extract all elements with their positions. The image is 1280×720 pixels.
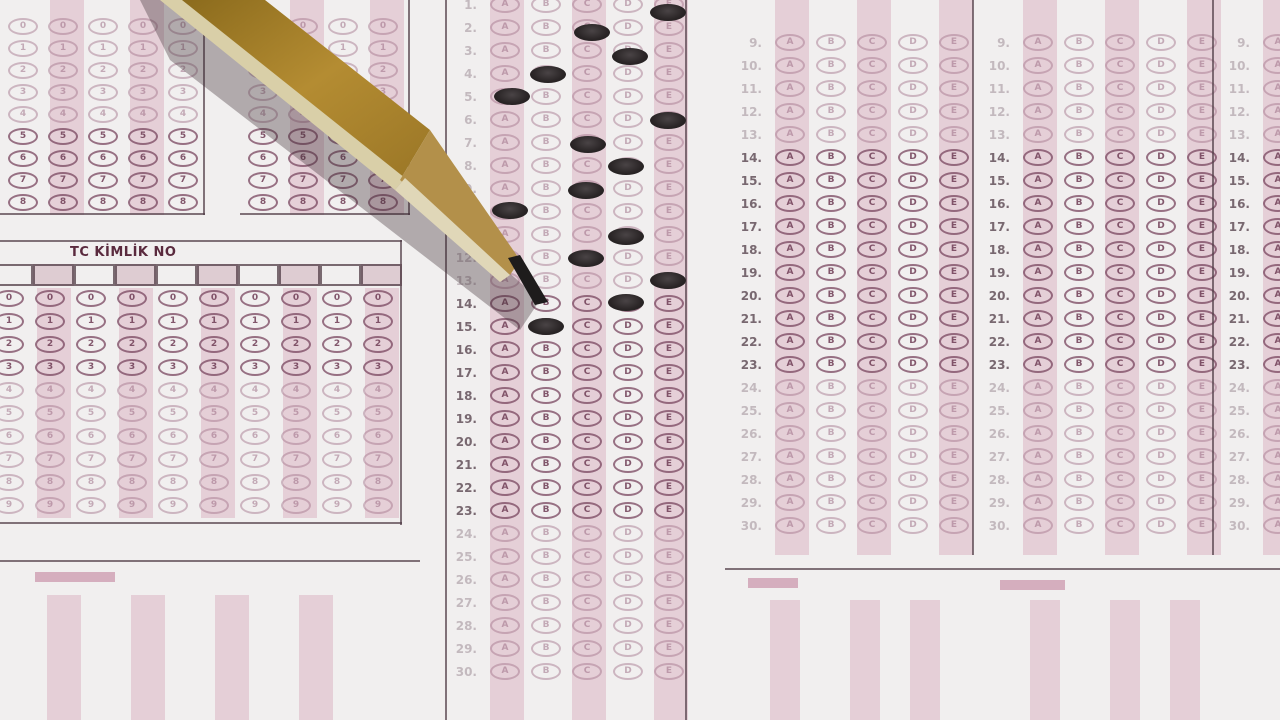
question-number: 24.	[1220, 381, 1250, 395]
question-number: 21.	[732, 312, 762, 326]
answer-bubble: 4	[35, 382, 65, 399]
answer-bubble: 1	[128, 40, 158, 57]
answer-bubble: 6	[328, 150, 358, 167]
answer-bubble: E	[939, 126, 969, 143]
answer-bubble: A	[490, 111, 520, 128]
question-number: 19.	[732, 266, 762, 280]
answer-bubble: 4	[88, 106, 118, 123]
answer-bubble: A	[775, 425, 805, 442]
answer-bubble: D	[1146, 172, 1176, 189]
question-number: 22.	[732, 335, 762, 349]
answer-bubble: C	[1105, 333, 1135, 350]
answer-bubble: B	[531, 663, 561, 680]
filled-answer-mark	[608, 228, 644, 245]
question-number: 7.	[447, 136, 477, 150]
answer-bubble: 7	[168, 172, 198, 189]
answer-bubble: A	[490, 617, 520, 634]
answer-bubble: C	[572, 456, 602, 473]
filled-answer-mark	[650, 4, 686, 21]
question-number: 25.	[732, 404, 762, 418]
answer-bubble: 6	[288, 150, 318, 167]
answer-bubble: A	[775, 172, 805, 189]
question-number: 11.	[732, 82, 762, 96]
answer-bubble: C	[857, 172, 887, 189]
answer-bubble: 2	[76, 336, 106, 353]
answer-bubble: 1	[117, 313, 147, 330]
answer-bubble: B	[531, 272, 561, 289]
answer-bubble: 2	[35, 336, 65, 353]
question-number: 29.	[1220, 496, 1250, 510]
answer-bubble: 3	[35, 359, 65, 376]
answer-bubble: E	[939, 218, 969, 235]
answer-bubble: B	[816, 34, 846, 51]
answer-bubble: A	[775, 517, 805, 534]
answer-bubble: C	[857, 471, 887, 488]
answer-bubble: C	[857, 80, 887, 97]
ink-stripe	[1170, 600, 1200, 720]
answer-bubble: B	[1064, 34, 1094, 51]
answer-bubble: C	[572, 65, 602, 82]
grid-line	[240, 213, 410, 215]
answer-bubble: 5	[0, 405, 24, 422]
answer-bubble: 7	[8, 172, 38, 189]
answer-bubble: 3	[199, 359, 229, 376]
answer-bubble: C	[572, 42, 602, 59]
answer-bubble: E	[654, 640, 684, 657]
question-number: 26.	[980, 427, 1010, 441]
ink-stripe	[654, 0, 688, 720]
answer-bubble: C	[857, 103, 887, 120]
answer-bubble: C	[857, 402, 887, 419]
id-block-title: TC KİMLİK NO	[70, 245, 176, 260]
answer-bubble: C	[572, 203, 602, 220]
answer-bubble: 3	[288, 84, 318, 101]
answer-bubble: D	[1146, 149, 1176, 166]
answer-bubble: E	[654, 318, 684, 335]
answer-bubble: 3	[281, 359, 311, 376]
answer-bubble: D	[898, 218, 928, 235]
answer-bubble: A	[490, 387, 520, 404]
answer-bubble: B	[531, 295, 561, 312]
answer-bubble: B	[1064, 149, 1094, 166]
answer-bubble: 9	[158, 497, 188, 514]
answer-bubble: 0	[240, 290, 270, 307]
answer-bubble: 1	[328, 40, 358, 57]
question-number: 21.	[980, 312, 1010, 326]
answer-bubble: E	[654, 525, 684, 542]
answer-bubble: E	[654, 617, 684, 634]
answer-bubble: C	[1105, 264, 1135, 281]
answer-bubble: 7	[117, 451, 147, 468]
answer-bubble: 0	[35, 290, 65, 307]
answer-bubble: A	[775, 241, 805, 258]
answer-bubble: E	[939, 34, 969, 51]
answer-bubble: B	[531, 0, 561, 13]
filled-answer-mark	[650, 112, 686, 129]
answer-bubble: D	[898, 517, 928, 534]
answer-bubble: D	[1146, 241, 1176, 258]
answer-bubble: B	[1064, 80, 1094, 97]
answer-bubble: 6	[158, 428, 188, 445]
answer-bubble: 7	[199, 451, 229, 468]
answer-bubble: D	[613, 663, 643, 680]
question-number: 28.	[447, 619, 477, 633]
grid-line	[0, 213, 205, 215]
answer-bubble: A	[490, 571, 520, 588]
answer-bubble: D	[1146, 287, 1176, 304]
answer-bubble: A	[1023, 218, 1053, 235]
answer-bubble: E	[654, 134, 684, 151]
answer-bubble: A	[490, 65, 520, 82]
question-number: 12.	[1220, 105, 1250, 119]
answer-bubble: D	[613, 134, 643, 151]
answer-bubble: B	[531, 203, 561, 220]
question-number: 15.	[1220, 174, 1250, 188]
answer-bubble: D	[1146, 80, 1176, 97]
answer-bubble: 2	[128, 62, 158, 79]
ink-stripe	[215, 595, 249, 720]
answer-bubble: C	[572, 502, 602, 519]
answer-bubble: 5	[48, 128, 78, 145]
question-number: 17.	[980, 220, 1010, 234]
answer-bubble: E	[939, 195, 969, 212]
answer-bubble: 5	[328, 128, 358, 145]
answer-bubble: B	[531, 525, 561, 542]
answer-bubble: B	[531, 571, 561, 588]
answer-bubble: E	[939, 172, 969, 189]
question-number: 13.	[980, 128, 1010, 142]
answer-bubble: B	[531, 364, 561, 381]
answer-bubble: D	[1146, 103, 1176, 120]
ink-stripe	[299, 595, 333, 720]
answer-bubble: D	[613, 387, 643, 404]
answer-bubble: A	[775, 126, 805, 143]
answer-bubble: A	[490, 433, 520, 450]
answer-bubble: C	[572, 226, 602, 243]
question-number: 15.	[732, 174, 762, 188]
question-number: 30.	[732, 519, 762, 533]
question-number: 18.	[980, 243, 1010, 257]
grid-line	[972, 0, 974, 555]
question-number: 10.	[980, 59, 1010, 73]
answer-bubble: B	[816, 356, 846, 373]
answer-bubble: B	[816, 57, 846, 74]
answer-bubble: 8	[8, 194, 38, 211]
section-title	[748, 578, 798, 588]
answer-bubble: 8	[0, 474, 24, 491]
answer-bubble: A	[1023, 402, 1053, 419]
answer-bubble: 8	[76, 474, 106, 491]
answer-bubble: A	[490, 663, 520, 680]
answer-bubble: 3	[8, 84, 38, 101]
answer-bubble: A	[775, 57, 805, 74]
answer-bubble: D	[613, 0, 643, 13]
answer-bubble: 1	[76, 313, 106, 330]
answer-bubble: D	[1146, 34, 1176, 51]
id-digit-box	[33, 264, 74, 286]
answer-bubble: B	[816, 402, 846, 419]
answer-bubble: A	[1023, 379, 1053, 396]
answer-bubble: 3	[328, 84, 358, 101]
answer-bubble: 8	[288, 194, 318, 211]
answer-bubble: 3	[48, 84, 78, 101]
answer-bubble: E	[654, 571, 684, 588]
answer-bubble: C	[857, 264, 887, 281]
answer-bubble: 7	[248, 172, 278, 189]
question-number: 27.	[1220, 450, 1250, 464]
answer-bubble: 5	[8, 128, 38, 145]
answer-bubble: 5	[35, 405, 65, 422]
answer-bubble: 8	[35, 474, 65, 491]
answer-bubble: D	[613, 65, 643, 82]
answer-bubble: 1	[281, 313, 311, 330]
question-number: 17.	[732, 220, 762, 234]
answer-bubble: A	[775, 333, 805, 350]
question-number: 20.	[732, 289, 762, 303]
answer-bubble: 4	[199, 382, 229, 399]
answer-bubble: D	[1146, 517, 1176, 534]
answer-bubble: B	[816, 471, 846, 488]
question-number: 11.	[980, 82, 1010, 96]
answer-bubble: B	[1064, 379, 1094, 396]
answer-bubble: E	[939, 264, 969, 281]
answer-bubble: 9	[35, 497, 65, 514]
answer-bubble: B	[531, 111, 561, 128]
answer-bubble: 0	[158, 290, 188, 307]
answer-bubble: 4	[363, 382, 393, 399]
answer-bubble: 5	[248, 128, 278, 145]
answer-bubble: C	[572, 525, 602, 542]
answer-bubble: E	[654, 341, 684, 358]
question-number: 20.	[980, 289, 1010, 303]
answer-bubble: E	[654, 548, 684, 565]
answer-bubble: 9	[240, 497, 270, 514]
answer-bubble: 0	[281, 290, 311, 307]
answer-bubble: B	[1064, 425, 1094, 442]
answer-bubble: A	[1023, 103, 1053, 120]
answer-bubble: 8	[281, 474, 311, 491]
question-number: 10.	[732, 59, 762, 73]
answer-bubble: C	[857, 356, 887, 373]
answer-bubble: 9	[76, 497, 106, 514]
answer-bubble: C	[1105, 379, 1135, 396]
filled-answer-mark	[570, 136, 606, 153]
section-title	[35, 572, 115, 582]
answer-bubble: D	[1146, 494, 1176, 511]
filled-answer-mark	[608, 158, 644, 175]
answer-bubble: C	[857, 195, 887, 212]
question-number: 30.	[980, 519, 1010, 533]
answer-bubble: B	[531, 42, 561, 59]
answer-bubble: 4	[288, 106, 318, 123]
answer-bubble: 8	[248, 194, 278, 211]
question-number: 9.	[447, 182, 477, 196]
answer-bubble: 8	[168, 194, 198, 211]
answer-bubble: E	[654, 157, 684, 174]
answer-bubble: 5	[168, 128, 198, 145]
answer-bubble: E	[939, 310, 969, 327]
answer-bubble: D	[898, 448, 928, 465]
question-number: 19.	[447, 412, 477, 426]
answer-bubble: 7	[88, 172, 118, 189]
question-number: 27.	[732, 450, 762, 464]
answer-bubble: D	[613, 571, 643, 588]
answer-bubble: C	[857, 57, 887, 74]
answer-bubble: A	[490, 502, 520, 519]
answer-bubble: D	[613, 410, 643, 427]
answer-bubble: 7	[328, 172, 358, 189]
question-number: 12.	[732, 105, 762, 119]
answer-bubble: E	[939, 103, 969, 120]
answer-bubble: A	[775, 264, 805, 281]
question-number: 17.	[1220, 220, 1250, 234]
answer-bubble: 1	[363, 313, 393, 330]
question-number: 23.	[732, 358, 762, 372]
filled-answer-mark	[568, 250, 604, 267]
answer-bubble: C	[1105, 57, 1135, 74]
question-number: 24.	[980, 381, 1010, 395]
answer-bubble: C	[572, 157, 602, 174]
question-number: 13.	[447, 274, 477, 288]
question-number: 9.	[980, 36, 1010, 50]
answer-bubble: E	[939, 402, 969, 419]
answer-bubble: D	[898, 80, 928, 97]
answer-bubble: 2	[88, 62, 118, 79]
question-number: 24.	[447, 527, 477, 541]
answer-bubble: C	[1105, 517, 1135, 534]
answer-bubble: C	[572, 111, 602, 128]
question-number: 26.	[1220, 427, 1250, 441]
answer-bubble: E	[654, 479, 684, 496]
answer-bubble: D	[898, 149, 928, 166]
question-number: 29.	[980, 496, 1010, 510]
grid-line	[0, 240, 402, 242]
filled-answer-mark	[568, 182, 604, 199]
answer-bubble: 8	[158, 474, 188, 491]
answer-bubble: A	[1023, 172, 1053, 189]
answer-bubble: B	[1064, 471, 1094, 488]
answer-bubble: 5	[322, 405, 352, 422]
answer-bubble: D	[613, 433, 643, 450]
grid-line	[408, 0, 410, 215]
answer-bubble: B	[531, 157, 561, 174]
answer-bubble: 7	[35, 451, 65, 468]
answer-bubble: D	[898, 126, 928, 143]
answer-bubble: B	[816, 287, 846, 304]
answer-bubble: B	[1064, 333, 1094, 350]
question-number: 12.	[980, 105, 1010, 119]
answer-bubble: D	[898, 172, 928, 189]
answer-bubble: E	[939, 379, 969, 396]
question-number: 13.	[1220, 128, 1250, 142]
answer-bubble: 2	[48, 62, 78, 79]
question-number: 4.	[447, 67, 477, 81]
answer-bubble: E	[654, 88, 684, 105]
answer-bubble: C	[572, 479, 602, 496]
answer-bubble: B	[1064, 356, 1094, 373]
filled-answer-mark	[574, 24, 610, 41]
answer-bubble: C	[572, 410, 602, 427]
answer-bubble: 6	[363, 428, 393, 445]
answer-bubble: A	[490, 180, 520, 197]
id-digit-box	[0, 264, 33, 286]
grid-line	[0, 560, 420, 562]
answer-bubble: 6	[281, 428, 311, 445]
answer-bubble: A	[490, 341, 520, 358]
question-number: 18.	[447, 389, 477, 403]
answer-bubble: 4	[158, 382, 188, 399]
answer-bubble: C	[1105, 80, 1135, 97]
answer-bubble: 8	[368, 194, 398, 211]
answer-bubble: 0	[76, 290, 106, 307]
answer-bubble: 9	[281, 497, 311, 514]
answer-bubble: 1	[35, 313, 65, 330]
answer-bubble: D	[1146, 264, 1176, 281]
answer-bubble: C	[1105, 126, 1135, 143]
answer-bubble: C	[1105, 241, 1135, 258]
question-number: 23.	[1220, 358, 1250, 372]
question-number: 11.	[447, 228, 477, 242]
answer-bubble: 1	[240, 313, 270, 330]
answer-bubble: A	[775, 149, 805, 166]
answer-bubble: 1	[248, 40, 278, 57]
answer-bubble: C	[857, 287, 887, 304]
answer-bubble: B	[1064, 241, 1094, 258]
filled-answer-mark	[608, 294, 644, 311]
answer-bubble: B	[531, 410, 561, 427]
answer-bubble: 8	[240, 474, 270, 491]
answer-bubble: D	[613, 525, 643, 542]
answer-bubble: A	[1023, 287, 1053, 304]
answer-bubble: 6	[128, 150, 158, 167]
answer-bubble: 0	[117, 290, 147, 307]
answer-bubble: E	[939, 356, 969, 373]
answer-bubble: D	[613, 617, 643, 634]
answer-bubble: B	[531, 502, 561, 519]
answer-bubble: C	[1105, 471, 1135, 488]
answer-bubble: C	[857, 149, 887, 166]
question-number: 25.	[980, 404, 1010, 418]
answer-bubble: B	[816, 103, 846, 120]
answer-bubble: C	[572, 272, 602, 289]
question-number: 27.	[980, 450, 1010, 464]
answer-bubble: A	[1023, 448, 1053, 465]
answer-bubble: B	[531, 640, 561, 657]
answer-bubble: A	[775, 402, 805, 419]
answer-bubble: A	[1023, 34, 1053, 51]
question-number: 30.	[447, 665, 477, 679]
answer-bubble: E	[654, 249, 684, 266]
answer-bubble: 5	[158, 405, 188, 422]
answer-bubble: E	[939, 241, 969, 258]
answer-bubble: A	[490, 295, 520, 312]
answer-bubble: D	[898, 264, 928, 281]
answer-bubble: D	[1146, 57, 1176, 74]
ink-stripe	[1110, 600, 1140, 720]
id-digit-box	[320, 264, 361, 286]
answer-bubble: 7	[48, 172, 78, 189]
question-number: 13.	[732, 128, 762, 142]
answer-bubble: B	[816, 126, 846, 143]
answer-bubble: D	[1146, 333, 1176, 350]
answer-bubble: 8	[322, 474, 352, 491]
question-number: 22.	[1220, 335, 1250, 349]
answer-bubble: C	[857, 241, 887, 258]
question-number: 22.	[980, 335, 1010, 349]
filled-answer-mark	[530, 66, 566, 83]
answer-bubble: B	[1064, 172, 1094, 189]
answer-bubble: 8	[48, 194, 78, 211]
